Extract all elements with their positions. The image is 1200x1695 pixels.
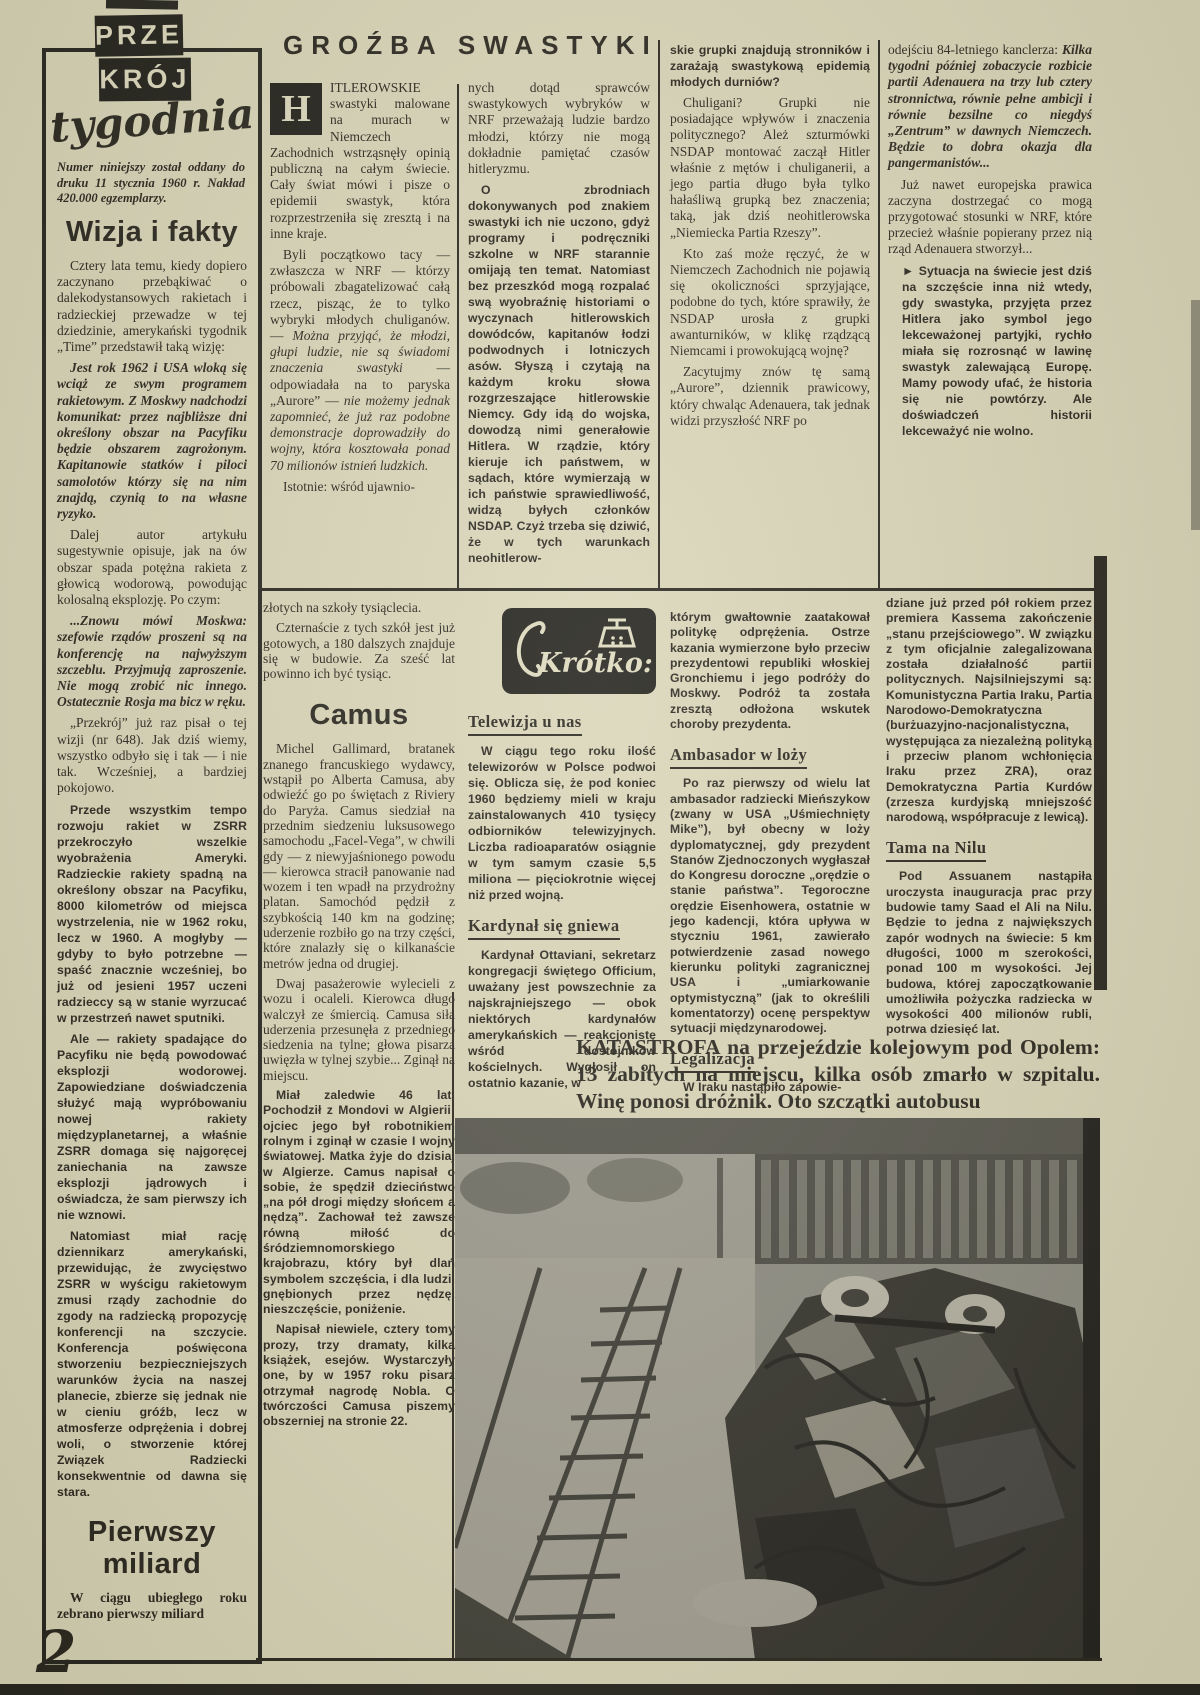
krotko-logo: Krótko: [502,608,656,694]
article-column-4: odejściu 84-letniego kanclerza: Kilka ty… [888,42,1092,444]
drop-cap: H [270,83,322,135]
article-column-1: HITLEROWSKIE swastyki malowane na murach… [270,80,450,500]
camus-paragraph: Michel Gallimard, bratanek znanego franc… [263,741,455,970]
camus-paragraph: Dwaj pasażerowie wylecieli z wozu i ocal… [263,976,455,1083]
article-paragraph: Istotnie: wśród ujawnio- [270,479,450,495]
middle-column-a: złotych na szkoły tysiąclecia. Czternaśc… [263,600,455,1435]
article-paragraph: Kto zaś może ręczyć, że w Niemczech Zach… [670,246,870,359]
section-header-telewizja: Telewizja u nas [468,712,582,736]
wizja-paragraph: „Przekrój” już raz pisał o tej wizji (nr… [57,715,247,796]
article-paragraph: Zacytujmy znów tę samą „Aurore”, dzienni… [670,364,870,429]
kardynal-continuation: którym gwałtownie zaatakował politykę od… [670,610,870,732]
article-headline: GROŹBA SWASTYKI [283,30,647,61]
wizja-paragraph: Przede wszystkim tempo rozwoju rakiet w … [57,802,247,1026]
right-edge-bar [1094,556,1107,990]
newspaper-page: PRZE KRÓJ tygodnia Numer niniejszy zosta… [0,0,1200,1695]
telewizja-text: W ciągu tego roku ilość telewizorów w Po… [468,743,656,903]
camus-paragraph: Napisał niewiele, cztery tomy prozy, trz… [263,1322,455,1429]
bottom-scan-bar [0,1684,1200,1695]
camus-paragraph: Miał zaledwie 46 lat. Pochodził z Mondov… [263,1088,455,1317]
wizja-paragraph: Dalej autor artykułu sugestywnie opisuje… [57,527,247,608]
article-paragraph: odejściu 84-letniego kanclerza: Kilka ty… [888,42,1092,172]
photo-caption: KATASTROFA na przejeździe kolejowym pod … [576,1034,1100,1115]
crash-photo [455,1118,1100,1660]
middle-column-d: dziane już przed pół rokiem przez premie… [886,596,1092,1043]
article-left-rule [258,60,260,590]
wizja-paragraph: ...Znowu mówi Moskwa: szefowie rządów pr… [57,613,247,710]
krotko-logo-label: Krótko: [537,648,653,679]
miliard-continuation: Czternaście z tych szkół jest już gotowy… [263,620,455,681]
article-paragraph: nych dotąd sprawców swastykowych wybrykó… [468,80,650,177]
ambasador-text: Po raz pierwszy od wielu lat ambasador r… [670,776,870,1036]
article-paragraph: skie grupki znajdują stronników i zaraża… [670,42,870,90]
middle-column-c: którym gwałtownie zaatakował politykę od… [670,610,870,1101]
article-paragraph: Chuligani? Grupki nie posiadające wpływó… [670,95,870,241]
column-divider [658,40,660,590]
tama-text: Pod Assuanem nastąpiła uroczysta inaugur… [886,869,1092,1037]
article-paragraph: Byli początkowo tacy — zwłaszcza w NRF —… [270,247,450,474]
section-header-tama: Tama na Nilu [886,838,986,862]
article-paragraph: O zbrodniach dokonywanych pod znakiem sw… [468,182,650,566]
article-paragraph: Już nawet europejska prawica zaczyna dos… [888,177,1092,258]
page-number: 2 [36,1618,76,1686]
legalizacja-continuation: dziane już przed pół rokiem przez premie… [886,596,1092,825]
article-paragraph: HITLEROWSKIE swastyki malowane na murach… [270,80,450,242]
photo-left-rule [452,992,454,1660]
wizja-paragraph: Cztery lata temu, kiedy dopiero zaczynan… [57,258,247,355]
article-column-2: nych dotąd sprawców swastykowych wybrykó… [468,80,650,571]
wizja-paragraph: Jest rok 1962 i USA wloką się wciąż ze s… [57,360,247,522]
miliard-continuation: złotych na szkoły tysiąclecia. [263,600,455,615]
column-divider [878,40,880,590]
masthead-logo-prze: PRZE [95,14,184,57]
article-column-3: skie grupki znajdują stronników i zaraża… [670,42,870,434]
masthead-dateline: Numer niniejszy został oddany do druku 1… [57,160,245,207]
section-header-kardynal: Kardynał się gniewa [468,916,620,940]
article-paragraph: ► Sytuacja na świecie jest dziś na szczę… [888,263,1092,439]
left-column-content: Wizja i fakty Cztery lata temu, kiedy do… [57,208,247,1627]
middle-column-b: Krótko: Telewizja u nas W ciągu tego rok… [468,596,656,1096]
section-title-camus: Camus [263,699,455,731]
wizja-paragraph: Natomiast miał rację dziennikarz ameryka… [57,1228,247,1500]
bottom-rule [256,1658,1102,1661]
scan-smudge [106,0,178,10]
section-title-wizja-i-fakty: Wizja i fakty [57,216,247,248]
column-divider [457,84,459,590]
wizja-paragraph: Ale — rakiety spadające do Pacyfiku nie … [57,1031,247,1223]
article-bottom-rule [258,588,1102,591]
scan-smudge [1191,300,1200,530]
section-title-pierwszy-miliard: Pierwszy miliard [57,1516,247,1580]
miliard-paragraph: W ciągu ubiegłego roku zebrano pierwszy … [57,1590,247,1622]
section-header-ambasador: Ambasador w loży [670,745,807,769]
